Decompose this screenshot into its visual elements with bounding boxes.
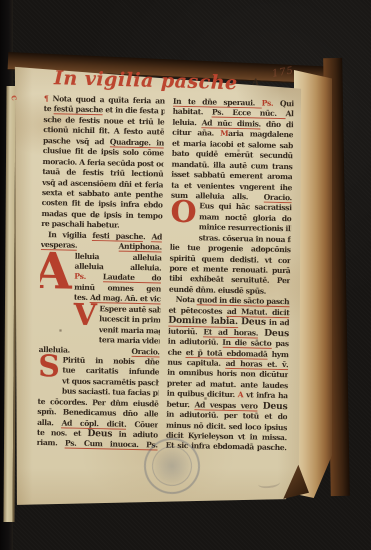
text-segment: ctionū nichil fit. A festo autē [43,125,164,137]
text-segment: riam. [37,438,65,448]
text-segment: ta et venientes vngerent ihe [171,180,292,192]
text-segment: Oracio. [131,346,159,357]
text-segment: habitat. [173,107,212,117]
text-segment: spiritū quem dedisti. vt cor [170,253,291,265]
text-segment: Et ad horas. [203,327,258,338]
text-segment: ad horas et. v̄. [226,359,289,370]
drop-cap-s: S [38,355,60,387]
text-segment: et pētecostes [168,305,227,315]
text-segment: alleluia alleluia. [74,262,161,273]
text-segment: nus capitula. [167,358,225,368]
text-segment: sexta et sabbato ante penthe [42,188,163,200]
text-segment: minū omnes gen [74,283,161,294]
text-segment: Quadrage. in [110,137,164,148]
text-segment: tibi exhibeāt seruitutē. Per [169,274,290,286]
text-columns: ¶ Nota quod a quīta feria ante festū pas… [36,94,295,459]
text-segment: stras. cōserua in noua fami [199,233,292,244]
text-segment: Ad vespas vero [194,400,257,411]
text-segment: eundē dn̄m. eiusdē spūs. [169,285,266,296]
text-segment: tauā de festis triū lectionū [42,167,163,179]
text-segment: sche de festis noue et triū le [43,115,164,127]
text-segment: Al [285,110,293,119]
text-segment: minus nō dicit. sed loco ipsius [166,420,287,432]
text-segment: citur an̄a. [172,128,220,138]
text-segment: alleluia. [39,344,70,354]
page-specks [0,0,1,1]
text-segment: et maria iacobi et salome sab [172,138,293,150]
library-stamp-center [149,443,194,488]
text-segment: in adiuto [112,430,158,440]
text-segment: leluia. [172,118,201,128]
text-segment: Ad nūc dimis. [202,118,261,129]
text-segment: sum alleluia alls. [171,191,248,202]
drop-cap-o: O [170,201,196,233]
text-segment: Nota [176,295,198,304]
text-segment [248,192,264,201]
text-segment: betur. [166,399,194,409]
text-segment: pasche vsq̄ ad [43,136,110,146]
text-segment: te cōcordes. Per dn̄m eiusdē [37,397,158,409]
text-segment: in quibus dicitur. [167,389,238,399]
text-segment: Espere autē sabbati que [99,304,160,315]
text-column-right: In te dn̄e speraui. Ps. Quihabitat. Ps. … [165,97,294,459]
text-segment: Deus [87,428,112,440]
text-segment: Qui [280,99,294,108]
text-segment: et in die festa pa [103,106,165,116]
text-segment: Antiphona. [118,242,161,253]
text-segment: Cōuer [126,419,158,429]
text-segment: mam noctē gloria do [199,212,292,223]
text-segment: alla. [37,417,62,427]
text-segment: In die sācto [222,338,271,349]
text-segment: vt infra ha [243,390,288,400]
text-segment: festū pasche [54,105,104,116]
text-segment: preter ad matut. ante laudes [167,378,288,390]
text-segment: isset sabbatū emerent aroma [171,170,292,182]
photo-of-incunabulum-page: In vigilia pasche A 175 c ¶ Nota quod a … [0,0,371,550]
text-column-left: ¶ Nota quod a quīta feria ante festū pas… [36,94,165,456]
text-segment: bus saciasti. tua facias pieta [62,387,159,398]
text-segment: Piritū in nobis dn̄e [62,355,159,366]
text-segment: Oracio. [264,193,292,204]
text-segment: lucescit in prima sabbati [99,314,160,325]
text-segment: lleluia alleluia [75,251,162,262]
text-segment: tue caritatis infunde [62,366,159,377]
text-segment: in ad [266,318,290,327]
text-segment: clusiue fit de ipsis solo cōme [43,146,164,158]
text-segment: pore et mente renouati. purā [169,264,290,276]
text-segment: minice resurrectionis illu [199,223,292,234]
text-segment: in adiutoriū. per totū et do [166,410,287,422]
text-segment: Ad [151,232,162,242]
text-segment: Deus [264,327,289,339]
text-segment: te [44,104,54,113]
text-segment [77,241,119,251]
text-segment: in adiutoriū. [168,337,223,347]
text-segment: In vigilia [48,230,93,240]
text-segment: lie tue progenie adopcōnis [170,243,291,255]
text-segment: vsq̄ ad ascensiōem dn̄i et feria [42,177,163,189]
text-segment: venit maria magdalene et al [99,325,160,336]
drop-cap-v: V [73,303,96,335]
text-segment: bato quidē emerūt secundū [172,149,293,161]
text-segment: madas que de ipsis in tempo [41,209,162,221]
text-segment: Deus [263,400,288,412]
text-line: riam. Ps. Cum inuoca. Ps. [37,438,158,451]
text-segment: Deus [241,316,266,328]
text-segment: che [168,347,186,356]
text-segment: vesperas. [41,240,78,251]
text-segment: tera maria videre sepulchrū [99,335,160,346]
text-segment: te nos. et [37,428,88,438]
drop-cap-a: A [36,250,71,303]
text-segment: M [220,129,228,138]
text-segment: in omnibus horis non dicūtur [167,368,288,380]
text-segment: iutoriū. [168,326,204,336]
text-segment: festi pasche [92,231,143,242]
text-segment: costen fit de ipsis infra ebdo [42,198,163,210]
signature-mark: A [252,78,260,88]
text-segment: tes. [74,293,90,302]
text-segment: mandatū. illa autē cum trans [171,159,292,171]
text-segment: spm̄. Benedicamus dn̄o alle [37,407,158,419]
text-segment: Nota quod a quīta feria an [52,94,165,105]
text-segment: hym [267,349,288,358]
text-segment: Ps. [262,99,280,108]
text-segment: Ps. Cum inuoca. Ps. [65,439,158,451]
text-segment [70,345,132,355]
text-segment: pas [271,339,289,348]
text-segment: ad Matut. dicit [227,307,290,318]
text-segment: Laudate do [103,273,162,284]
text-segment: re paschali habetur. [41,219,119,230]
text-segment: ¶ [44,94,53,103]
text-segment: vt quos sacramētis paschali [62,376,159,387]
text-segment: dn̄o di [261,119,294,129]
text-segment: aria magdalene [228,129,293,139]
text-segment: Eus qui hāc sacratissi [199,202,292,213]
text-segment: Ps. [74,272,103,282]
